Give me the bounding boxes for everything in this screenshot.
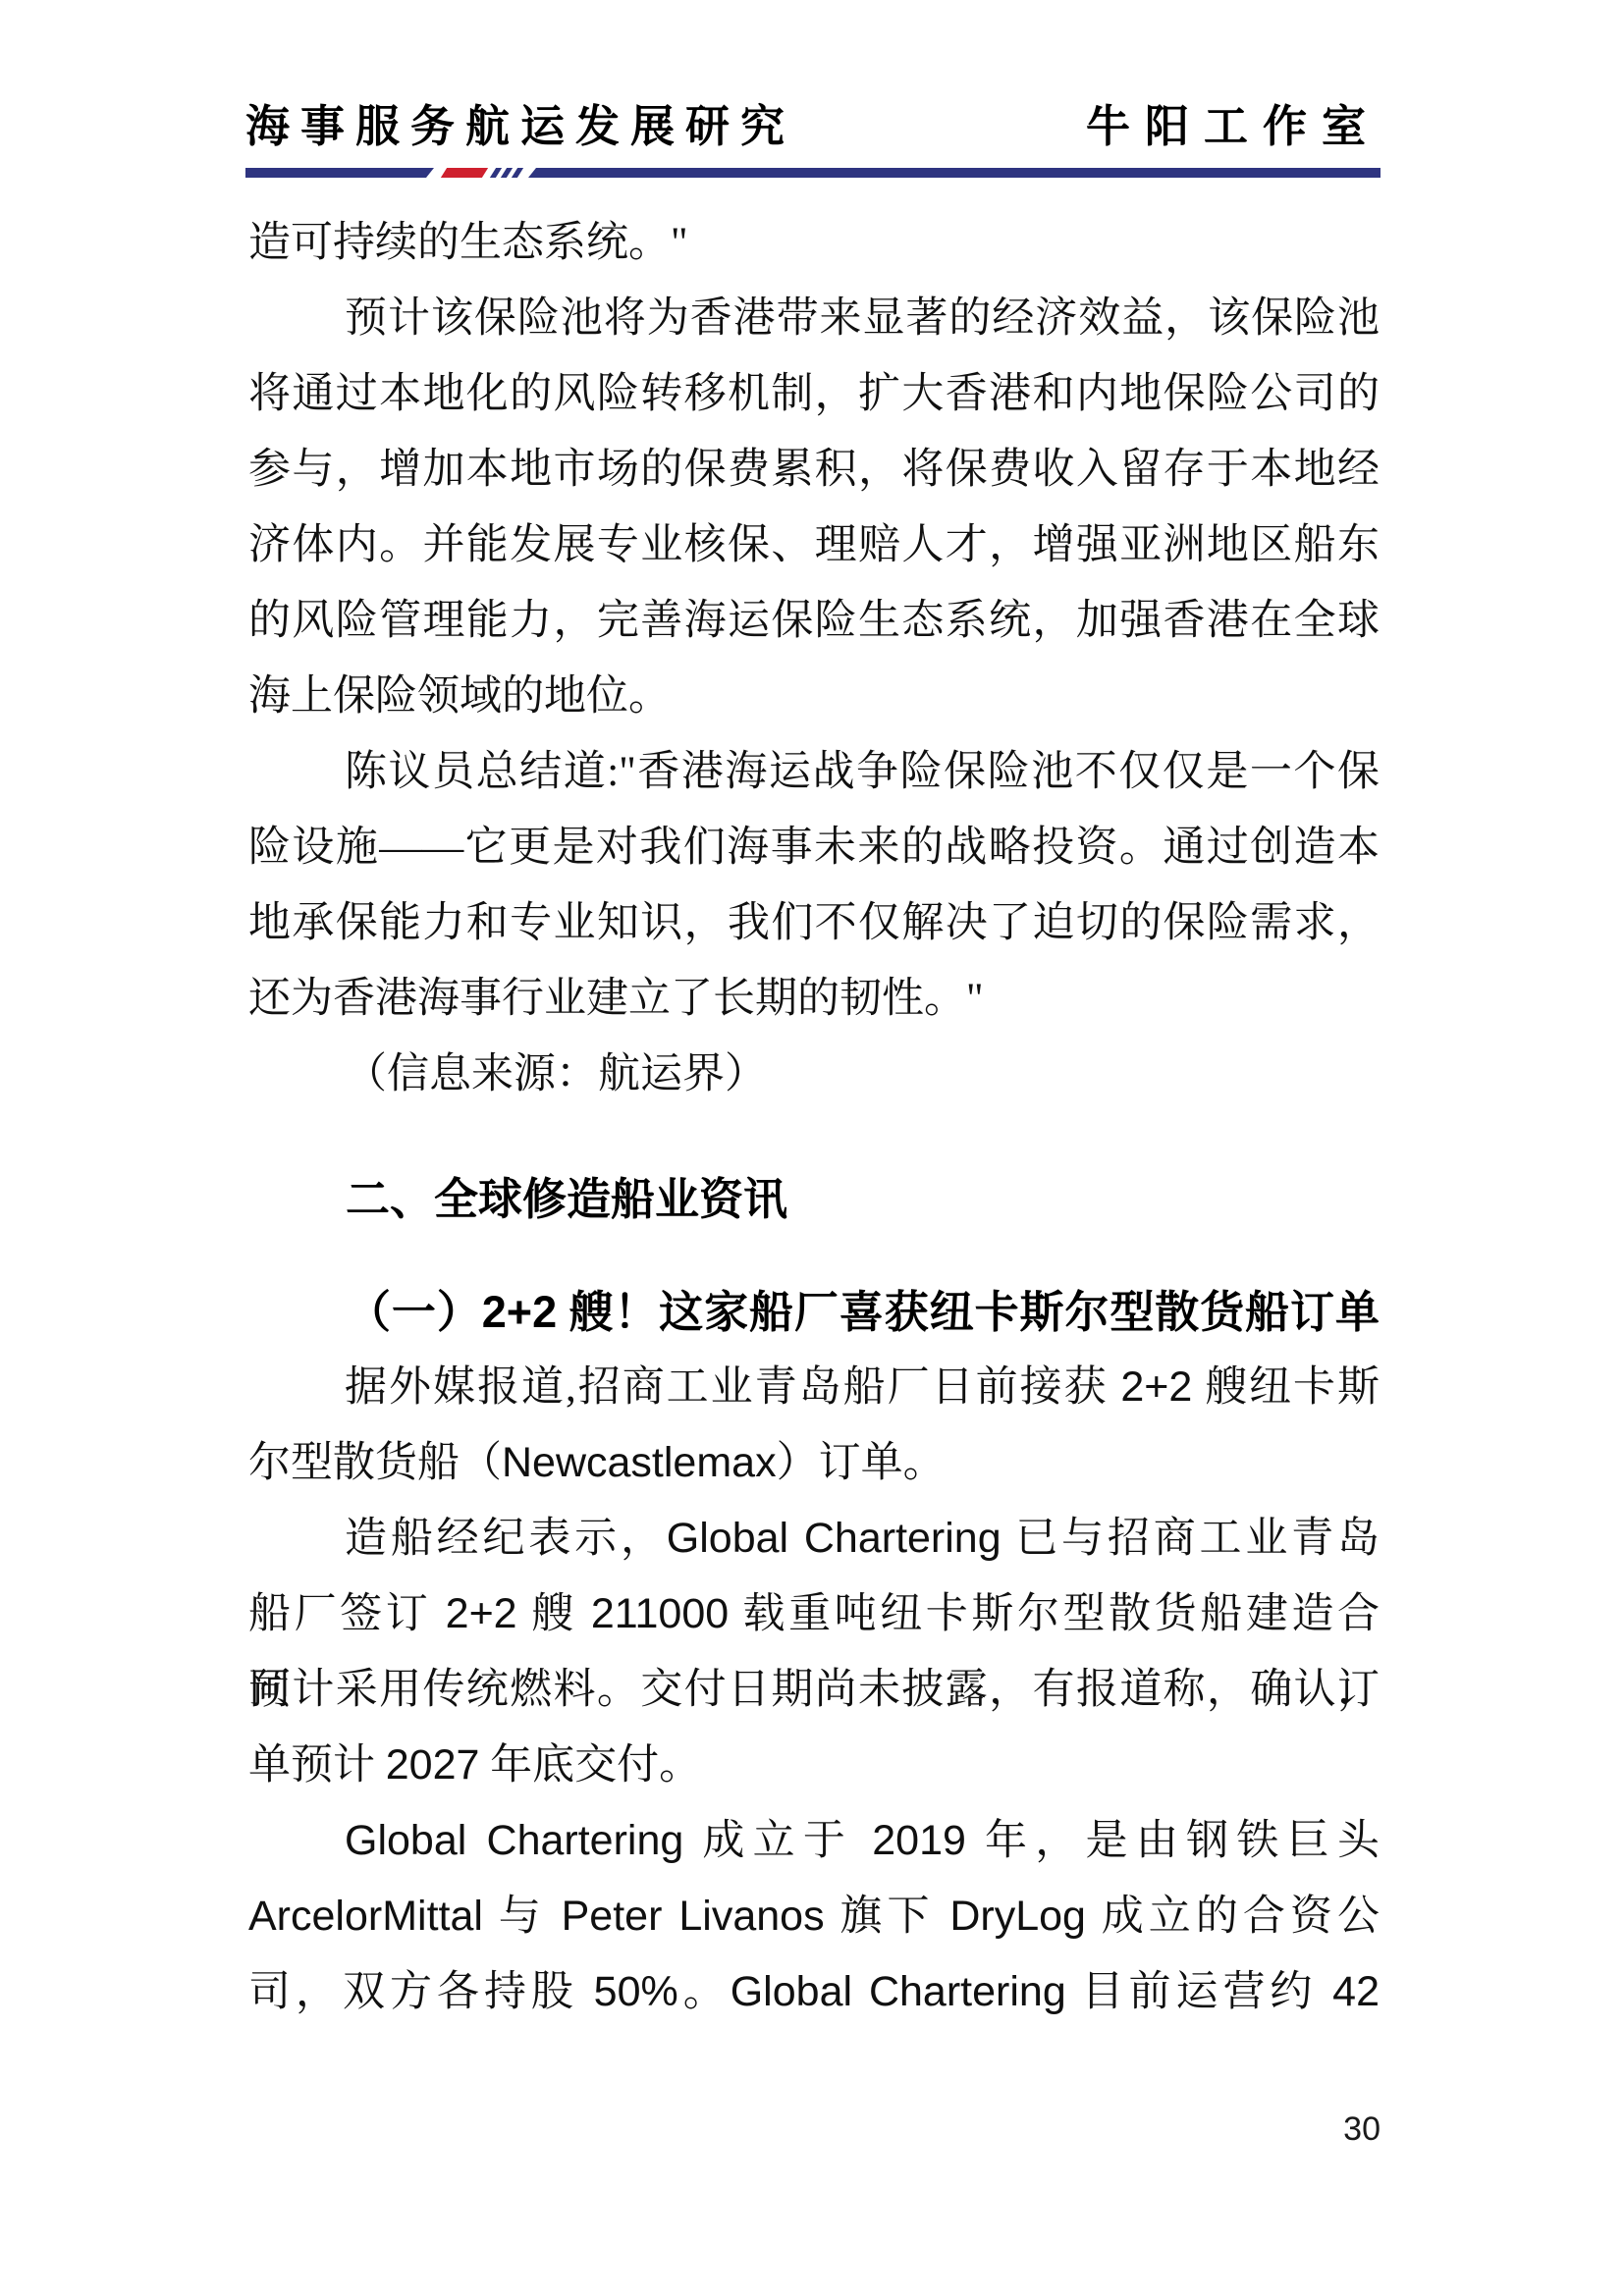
header-rule-bar-right: [528, 168, 1380, 178]
document-page: 海事服务航运发展研究 牛阳工作室 造可持续的生态系统。"预计该保险池将为香港带来…: [0, 0, 1624, 2296]
text-line: 海上保险领域的地位。: [248, 659, 1380, 734]
text-line: 造可持续的生态系统。": [248, 205, 1380, 281]
text-line: 船厂签订 2+2 艘 211000 载重吨纽卡斯尔型散货船建造合同，: [248, 1576, 1380, 1652]
subsection-heading: （一）2+2 艘！这家船厂喜获纽卡斯尔型散货船订单: [248, 1274, 1380, 1350]
header-title-left: 海事服务航运发展研究: [245, 90, 795, 154]
cjk-text: （一）: [347, 1288, 482, 1337]
text-line: 据外媒报道,招商工业青岛船厂日前接获 2+2 艘纽卡斯: [248, 1350, 1380, 1425]
latin-text: Global Chartering: [667, 1515, 1001, 1562]
text-line: 险设施——它更是对我们海事未来的战略投资。通过创造本: [248, 810, 1380, 885]
header-rule-red-slash-icon: [441, 168, 488, 178]
cjk-text: 参与，增加本地市场的保费累积，将保费收入留存于本地经: [248, 447, 1380, 493]
text-line: 预计采用传统燃料。交付日期尚未披露，有报道称，确认订: [248, 1652, 1380, 1728]
cjk-text: 还为香港海事行业建立了长期的韧性。": [248, 976, 984, 1022]
text-line: 还为香港海事行业建立了长期的韧性。": [248, 961, 1380, 1037]
cjk-text: 司，双方各持股: [248, 1969, 594, 2015]
latin-text: ArcelorMittal: [248, 1893, 483, 1940]
page-header: 海事服务航运发展研究 牛阳工作室: [245, 90, 1380, 154]
latin-text: DryLog: [949, 1893, 1086, 1940]
text-line: 预计该保险池将为香港带来显著的经济效益，该保险池: [248, 281, 1380, 356]
text-line: 的风险管理能力，完善海运保险生态系统，加强香港在全球: [248, 583, 1380, 659]
header-title-right: 牛阳工作室: [1086, 90, 1380, 154]
cjk-text: （信息来源：航运界）: [345, 1051, 767, 1097]
cjk-text: 尔型散货船（: [248, 1440, 502, 1486]
content: 造可持续的生态系统。"预计该保险池将为香港带来显著的经济效益，该保险池将通过本地…: [248, 205, 1380, 2030]
cjk-text: 艘纽卡斯: [1192, 1364, 1380, 1411]
latin-text: 2+2: [1120, 1363, 1192, 1411]
cjk-text: 险设施——它更是对我们海事未来的战略投资。通过创造本: [248, 825, 1380, 871]
text-line: 陈议员总结道:"香港海运战争险保险池不仅仅是一个保: [248, 734, 1380, 810]
latin-text: 42: [1332, 1968, 1380, 2015]
cjk-text: 将通过本地化的风险转移机制，扩大香港和内地保险公司的: [248, 371, 1380, 417]
latin-text: 2+2: [482, 1287, 557, 1337]
header-rule: [245, 168, 1380, 178]
latin-text: 50%: [594, 1968, 678, 2015]
latin-text: Global Chartering: [345, 1817, 683, 1864]
cjk-text: 陈议员总结道:"香港海运战争险保险池不仅仅是一个保: [345, 749, 1380, 795]
cjk-text: 成立的合资公: [1086, 1894, 1380, 1940]
cjk-text: 艘！这家船厂喜获纽卡斯尔型散货船订单: [557, 1288, 1380, 1337]
header-rule-bar-left: [245, 168, 434, 178]
latin-text: 2019: [872, 1817, 966, 1864]
cjk-text: 年底交付。: [479, 1742, 701, 1789]
text-line: 地承保能力和专业知识，我们不仅解决了迫切的保险需求，: [248, 885, 1380, 961]
text-line: 济体内。并能发展专业核保、理赔人才，增强亚洲地区船东: [248, 507, 1380, 583]
text-line: 将通过本地化的风险转移机制，扩大香港和内地保险公司的: [248, 356, 1380, 432]
cjk-text: 。: [678, 1969, 731, 2015]
cjk-text: 已与招商工业青岛: [1001, 1516, 1380, 1562]
cjk-text: 目前运营约: [1066, 1969, 1332, 2015]
text-line: 司，双方各持股 50%。Global Chartering 目前运营约 42: [248, 1954, 1380, 2030]
blank-line: [248, 1237, 1380, 1274]
header-rule-stripe-icon: [512, 168, 523, 178]
latin-text: Global Chartering: [731, 1968, 1066, 2015]
text-line: 参与，增加本地市场的保费累积，将保费收入留存于本地经: [248, 432, 1380, 507]
cjk-text: 造可持续的生态系统。": [248, 220, 688, 266]
latin-text: 2+2: [446, 1590, 517, 1637]
latin-text: Peter Livanos: [562, 1893, 825, 1940]
cjk-text: 单预计: [248, 1742, 386, 1789]
text-line: Global Chartering 成立于 2019 年，是由钢铁巨头: [248, 1803, 1380, 1879]
text-line: （信息来源：航运界）: [248, 1037, 1380, 1112]
latin-text: Newcastlemax: [502, 1439, 777, 1486]
cjk-text: 船厂签订: [248, 1591, 446, 1637]
cjk-text: 与: [483, 1894, 562, 1940]
cjk-text: 预计该保险池将为香港带来显著的经济效益，该保险池: [345, 295, 1380, 342]
cjk-text: 据外媒报道,招商工业青岛船厂日前接获: [345, 1364, 1120, 1411]
section-heading: 二、全球修造船业资讯: [248, 1161, 1380, 1237]
cjk-text: 预计采用传统燃料。交付日期尚未披露，有报道称，确认订: [248, 1667, 1380, 1713]
text-line: 造船经纪表示，Global Chartering 已与招商工业青岛: [248, 1501, 1380, 1576]
blank-line: [248, 1112, 1380, 1161]
cjk-text: 成立于: [683, 1818, 872, 1864]
text-line: ArcelorMittal 与 Peter Livanos 旗下 DryLog …: [248, 1879, 1380, 1954]
latin-text: 2027: [386, 1741, 480, 1789]
text-line: 单预计 2027 年底交付。: [248, 1728, 1380, 1803]
cjk-text: 的风险管理能力，完善海运保险生态系统，加强香港在全球: [248, 598, 1380, 644]
cjk-text: 二、全球修造船业资讯: [346, 1174, 787, 1224]
cjk-text: ）订单。: [777, 1440, 946, 1486]
cjk-text: 造船经纪表示，: [345, 1516, 667, 1562]
page-number: 30: [1343, 2110, 1380, 2149]
cjk-text: 年，是由钢铁巨头: [966, 1818, 1380, 1864]
cjk-text: 艘: [517, 1591, 591, 1637]
cjk-text: 海上保险领域的地位。: [248, 673, 671, 720]
latin-text: 211000: [591, 1590, 729, 1637]
text-line: 尔型散货船（Newcastlemax）订单。: [248, 1425, 1380, 1501]
cjk-text: 旗下: [825, 1894, 950, 1940]
cjk-text: 济体内。并能发展专业核保、理赔人才，增强亚洲地区船东: [248, 522, 1380, 568]
cjk-text: 地承保能力和专业知识，我们不仅解决了迫切的保险需求，: [248, 900, 1380, 946]
